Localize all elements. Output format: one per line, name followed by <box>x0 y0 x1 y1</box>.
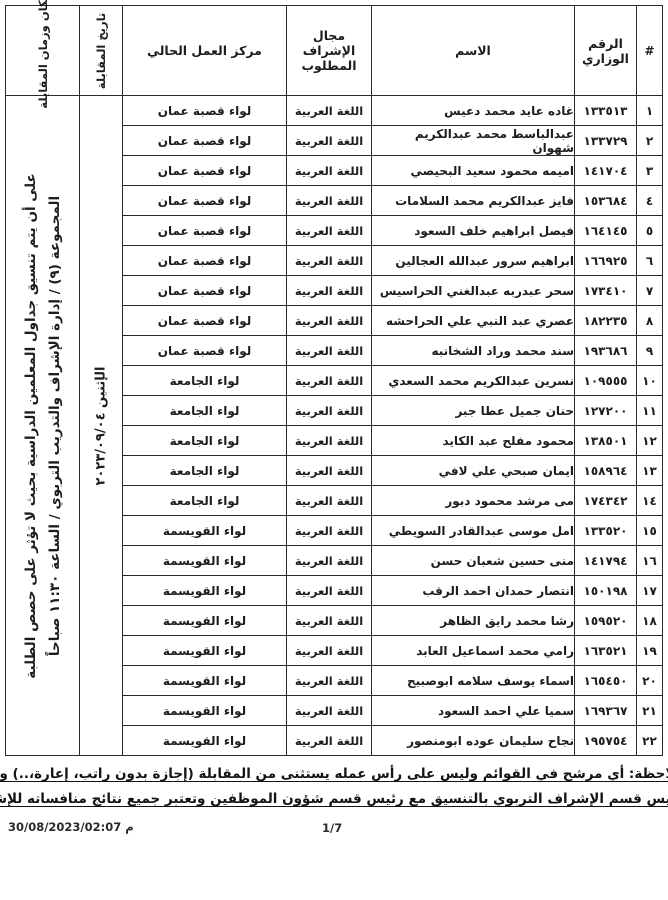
row-index-cell: ٥ <box>637 216 663 246</box>
work-center-cell: لواء قصبة عمان <box>123 126 287 156</box>
work-center-cell: لواء القويسمة <box>123 546 287 576</box>
supervision-field-cell: اللغة العربية <box>287 96 372 126</box>
ministry-number-cell: ١٠٩٥٥٥ <box>575 366 637 396</box>
supervision-field-cell: اللغة العربية <box>287 366 372 396</box>
work-center-cell: لواء القويسمة <box>123 576 287 606</box>
work-center-cell: لواء القويسمة <box>123 696 287 726</box>
supervision-field-cell: اللغة العربية <box>287 216 372 246</box>
supervision-field-cell: اللغة العربية <box>287 276 372 306</box>
supervision-field-cell: اللغة العربية <box>287 186 372 216</box>
row-index-cell: ٣ <box>637 156 663 186</box>
interview-place-text: على أن يتم تنسيق جداول المعلمين الدراسية… <box>19 173 67 678</box>
ministry-number-cell: ١٢٧٢٠٠ <box>575 396 637 426</box>
interview-date-text: الإثنين ٢٠٢٣/٠٩/٠٤ <box>94 366 109 485</box>
name-cell: ايمان صبحي علي لافي <box>372 456 575 486</box>
row-index-cell: ٨ <box>637 306 663 336</box>
supervision-field-cell: اللغة العربية <box>287 666 372 696</box>
name-cell: رشا محمد رايق الظاهر <box>372 606 575 636</box>
work-center-cell: لواء القويسمة <box>123 516 287 546</box>
ministry-number-cell: ١٦٤١٤٥ <box>575 216 637 246</box>
name-cell: مى مرشد محمود دبور <box>372 486 575 516</box>
work-center-cell: لواء قصبة عمان <box>123 186 287 216</box>
ministry-number-cell: ١٤١٧٠٤ <box>575 156 637 186</box>
work-center-cell: لواء الجامعة <box>123 456 287 486</box>
interview-schedule-table: # الرقم الوزاري الاسم مجال الإشراف المطل… <box>5 5 663 756</box>
work-center-cell: لواء القويسمة <box>123 606 287 636</box>
name-cell: محمود مفلح عبد الكايد <box>372 426 575 456</box>
ministry-number-cell: ١٥٩٥٢٠ <box>575 606 637 636</box>
work-center-cell: لواء قصبة عمان <box>123 306 287 336</box>
col-header-interview-date: تاريخ المقابلة <box>80 6 123 96</box>
row-index-cell: ١٨ <box>637 606 663 636</box>
col-header-index: # <box>637 6 663 96</box>
ministry-number-cell: ١٩٣٦٨٦ <box>575 336 637 366</box>
footnote: ملاحظة: أي مرشح في القوائم وليس على رأس … <box>0 762 668 812</box>
row-index-cell: ١٩ <box>637 636 663 666</box>
work-center-cell: لواء قصبة عمان <box>123 246 287 276</box>
name-cell: منى حسين شعبان حسن <box>372 546 575 576</box>
interview-place-line-right: المجموعة (٩) / إدارة الإشراف والتدريب ال… <box>43 173 67 678</box>
name-cell: عصري عبد النبي علي الحراحشه <box>372 306 575 336</box>
supervision-field-cell: اللغة العربية <box>287 426 372 456</box>
work-center-cell: لواء قصبة عمان <box>123 96 287 126</box>
supervision-field-cell: اللغة العربية <box>287 726 372 756</box>
ministry-number-cell: ١٥٣٦٨٤ <box>575 186 637 216</box>
ministry-number-cell: ١٦٦٩٢٥ <box>575 246 637 276</box>
row-index-cell: ١١ <box>637 396 663 426</box>
work-center-cell: لواء القويسمة <box>123 666 287 696</box>
footnote-line-2: رئيس قسم الإشراف التربوي بالتنسيق مع رئي… <box>0 787 668 812</box>
row-index-cell: ٢٢ <box>637 726 663 756</box>
supervision-field-cell: اللغة العربية <box>287 306 372 336</box>
work-center-cell: لواء القويسمة <box>123 726 287 756</box>
ministry-number-cell: ١٦٣٥٢١ <box>575 636 637 666</box>
interview-place-cell: على أن يتم تنسيق جداول المعلمين الدراسية… <box>6 96 80 756</box>
ministry-number-cell: ١٣٣٧٢٩ <box>575 126 637 156</box>
name-cell: فيصل ابراهيم خلف السعود <box>372 216 575 246</box>
col-header-supervision-field: مجال الإشراف المطلوب <box>287 6 372 96</box>
name-cell: سند محمد وراد الشخانبه <box>372 336 575 366</box>
name-cell: اسماء يوسف سلامه ابوصبيح <box>372 666 575 696</box>
name-cell: سميا علي احمد السعود <box>372 696 575 726</box>
row-index-cell: ٩ <box>637 336 663 366</box>
row-index-cell: ٧ <box>637 276 663 306</box>
work-center-cell: لواء الجامعة <box>123 486 287 516</box>
row-index-cell: ١٦ <box>637 546 663 576</box>
row-index-cell: ١٣ <box>637 456 663 486</box>
supervision-field-cell: اللغة العربية <box>287 576 372 606</box>
row-index-cell: ١٥ <box>637 516 663 546</box>
ministry-number-cell: ١٣٣٥١٣ <box>575 96 637 126</box>
name-cell: اميمه محمود سعيد البحيصي <box>372 156 575 186</box>
name-cell: غاده عايد محمد دعيس <box>372 96 575 126</box>
name-cell: امل موسى عبدالقادر السويطي <box>372 516 575 546</box>
name-cell: نسرين عبدالكريم محمد السعدي <box>372 366 575 396</box>
col-header-name: الاسم <box>372 6 575 96</box>
row-index-cell: ١ <box>637 96 663 126</box>
row-index-cell: ٤ <box>637 186 663 216</box>
ministry-number-cell: ١٥٠١٩٨ <box>575 576 637 606</box>
name-cell: فايز عبدالكريم محمد السلامات <box>372 186 575 216</box>
supervision-field-cell: اللغة العربية <box>287 516 372 546</box>
work-center-cell: لواء الجامعة <box>123 366 287 396</box>
supervision-field-cell: اللغة العربية <box>287 456 372 486</box>
page-number: 1/7 <box>322 821 342 835</box>
name-cell: عبدالباسط محمد عبدالكريم شهوان <box>372 126 575 156</box>
col-header-work-center: مركز العمل الحالي <box>123 6 287 96</box>
row-index-cell: ١٧ <box>637 576 663 606</box>
name-cell: حنان جميل عطا جبر <box>372 396 575 426</box>
work-center-cell: لواء الجامعة <box>123 426 287 456</box>
ministry-number-cell: ١٣٣٥٢٠ <box>575 516 637 546</box>
ministry-number-cell: ١٩٥٧٥٤ <box>575 726 637 756</box>
supervision-field-cell: اللغة العربية <box>287 486 372 516</box>
interview-date-header-label: تاريخ المقابلة <box>94 12 108 88</box>
ministry-number-cell: ١٦٥٤٥٠ <box>575 666 637 696</box>
row-index-cell: ٢١ <box>637 696 663 726</box>
table-body: ١ ١٣٣٥١٣ غاده عايد محمد دعيس اللغة العرب… <box>6 96 663 756</box>
supervision-field-cell: اللغة العربية <box>287 126 372 156</box>
supervision-field-cell: اللغة العربية <box>287 246 372 276</box>
col-header-ministry-number: الرقم الوزاري <box>575 6 637 96</box>
supervision-field-cell: اللغة العربية <box>287 606 372 636</box>
name-cell: سحر عبدربه عبدالغني الحراسيس <box>372 276 575 306</box>
work-center-cell: لواء قصبة عمان <box>123 336 287 366</box>
row-index-cell: ٦ <box>637 246 663 276</box>
ministry-number-cell: ١٦٩٣٦٧ <box>575 696 637 726</box>
name-cell: انتصار حمدان احمد الرقب <box>372 576 575 606</box>
name-cell: ابراهيم سرور عبدالله العجالين <box>372 246 575 276</box>
ministry-number-cell: ١٨٢٢٣٥ <box>575 306 637 336</box>
supervision-field-cell: اللغة العربية <box>287 336 372 366</box>
supervision-field-cell: اللغة العربية <box>287 546 372 576</box>
ministry-number-cell: ١٥٨٩٦٤ <box>575 456 637 486</box>
work-center-cell: لواء قصبة عمان <box>123 276 287 306</box>
work-center-cell: لواء القويسمة <box>123 636 287 666</box>
ministry-number-cell: ١٤١٧٩٤ <box>575 546 637 576</box>
scanned-document-page: # الرقم الوزاري الاسم مجال الإشراف المطل… <box>0 0 668 900</box>
interview-place-header-label: مكان وزمان المقابلة <box>36 0 50 108</box>
work-center-cell: لواء قصبة عمان <box>123 156 287 186</box>
supervision-field-cell: اللغة العربية <box>287 396 372 426</box>
supervision-field-cell: اللغة العربية <box>287 156 372 186</box>
ministry-number-cell: ١٣٨٥٠١ <box>575 426 637 456</box>
table-row: ١ ١٣٣٥١٣ غاده عايد محمد دعيس اللغة العرب… <box>6 96 663 126</box>
row-index-cell: ٢٠ <box>637 666 663 696</box>
work-center-cell: لواء الجامعة <box>123 396 287 426</box>
ministry-number-cell: ١٧٤٣٤٢ <box>575 486 637 516</box>
col-header-interview-place: مكان وزمان المقابلة <box>6 6 80 96</box>
supervision-field-cell: اللغة العربية <box>287 636 372 666</box>
supervision-field-cell: اللغة العربية <box>287 696 372 726</box>
footnote-line-1: ملاحظة: أي مرشح في القوائم وليس على رأس … <box>0 762 668 787</box>
print-timestamp: 30/08/2023/02:07 م <box>8 820 134 834</box>
interview-place-line-left: على أن يتم تنسيق جداول المعلمين الدراسية… <box>19 173 43 678</box>
row-index-cell: ٢ <box>637 126 663 156</box>
row-index-cell: ١٤ <box>637 486 663 516</box>
ministry-number-cell: ١٧٣٤١٠ <box>575 276 637 306</box>
interview-date-cell: الإثنين ٢٠٢٣/٠٩/٠٤ <box>80 96 123 756</box>
table-header-row: # الرقم الوزاري الاسم مجال الإشراف المطل… <box>6 6 663 96</box>
name-cell: نجاح سليمان عوده ابومنصور <box>372 726 575 756</box>
row-index-cell: ١٠ <box>637 366 663 396</box>
work-center-cell: لواء قصبة عمان <box>123 216 287 246</box>
name-cell: رامي محمد اسماعيل العابد <box>372 636 575 666</box>
row-index-cell: ١٢ <box>637 426 663 456</box>
